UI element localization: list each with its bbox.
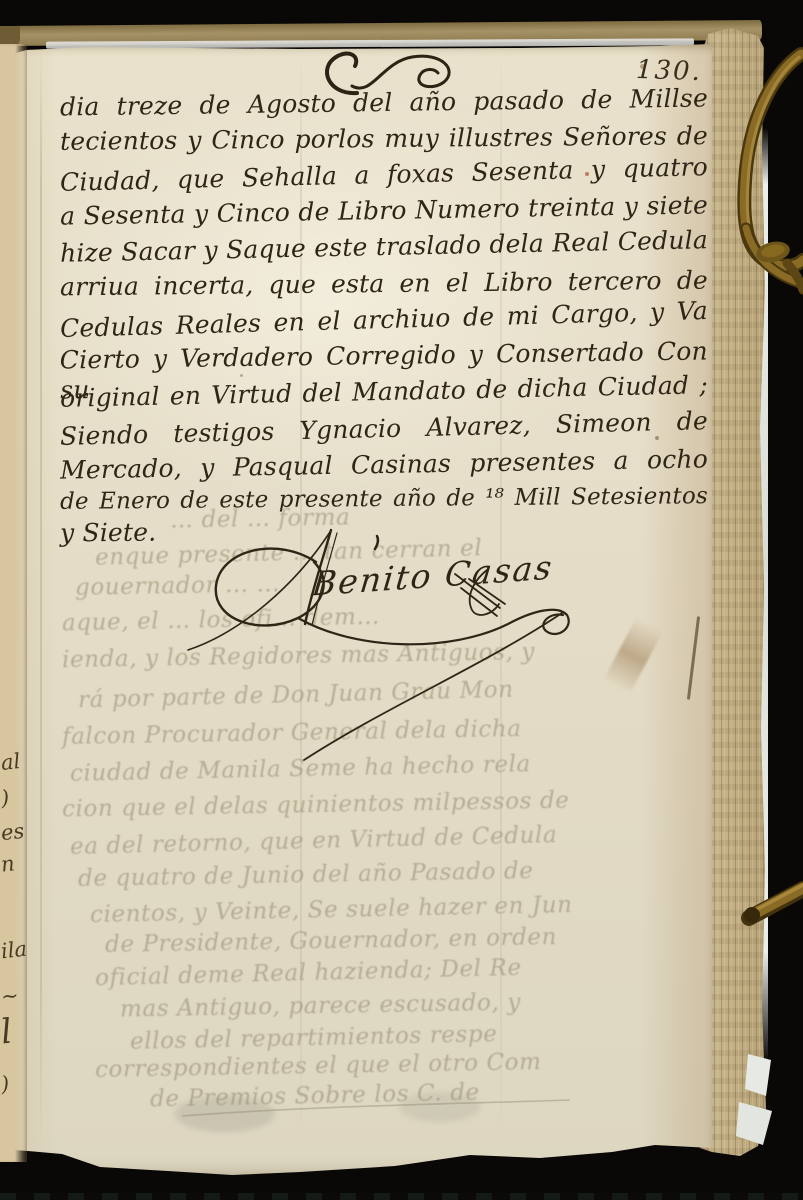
margin-letter-fragment: ~: [0, 983, 20, 1009]
manuscript-text-line: tecientos y Cinco porlos muy illustres S…: [60, 121, 708, 157]
folio-number: 130.: [635, 55, 702, 87]
margin-letter-fragment: al: [0, 749, 21, 775]
margin-letter-fragment: ): [0, 1072, 10, 1097]
scanner-edge-strip: [0, 1193, 803, 1200]
margin-letter-fragment: ila: [0, 937, 28, 964]
gutter-crease: [40, 50, 42, 1145]
brown-stain: [603, 617, 663, 695]
previous-page-gutter-strip: al ) es n ila ~ l ): [0, 44, 27, 1162]
margin-letter-fragment: ): [0, 786, 10, 811]
margin-letter-fragment: l: [0, 1012, 14, 1053]
manuscript-photograph: al ) es n ila ~ l ) 130. dia treze de Ag…: [0, 0, 803, 1200]
manuscript-text-line: de Enero de este presente año de ¹⁸ Mill…: [60, 481, 708, 517]
margin-letter-fragment: es: [0, 819, 25, 845]
manuscript-text-line: y Siete.: [60, 518, 157, 549]
bleedthrough-line: gouernador … …: [75, 571, 281, 601]
margin-letter-fragment: n: [0, 851, 16, 876]
